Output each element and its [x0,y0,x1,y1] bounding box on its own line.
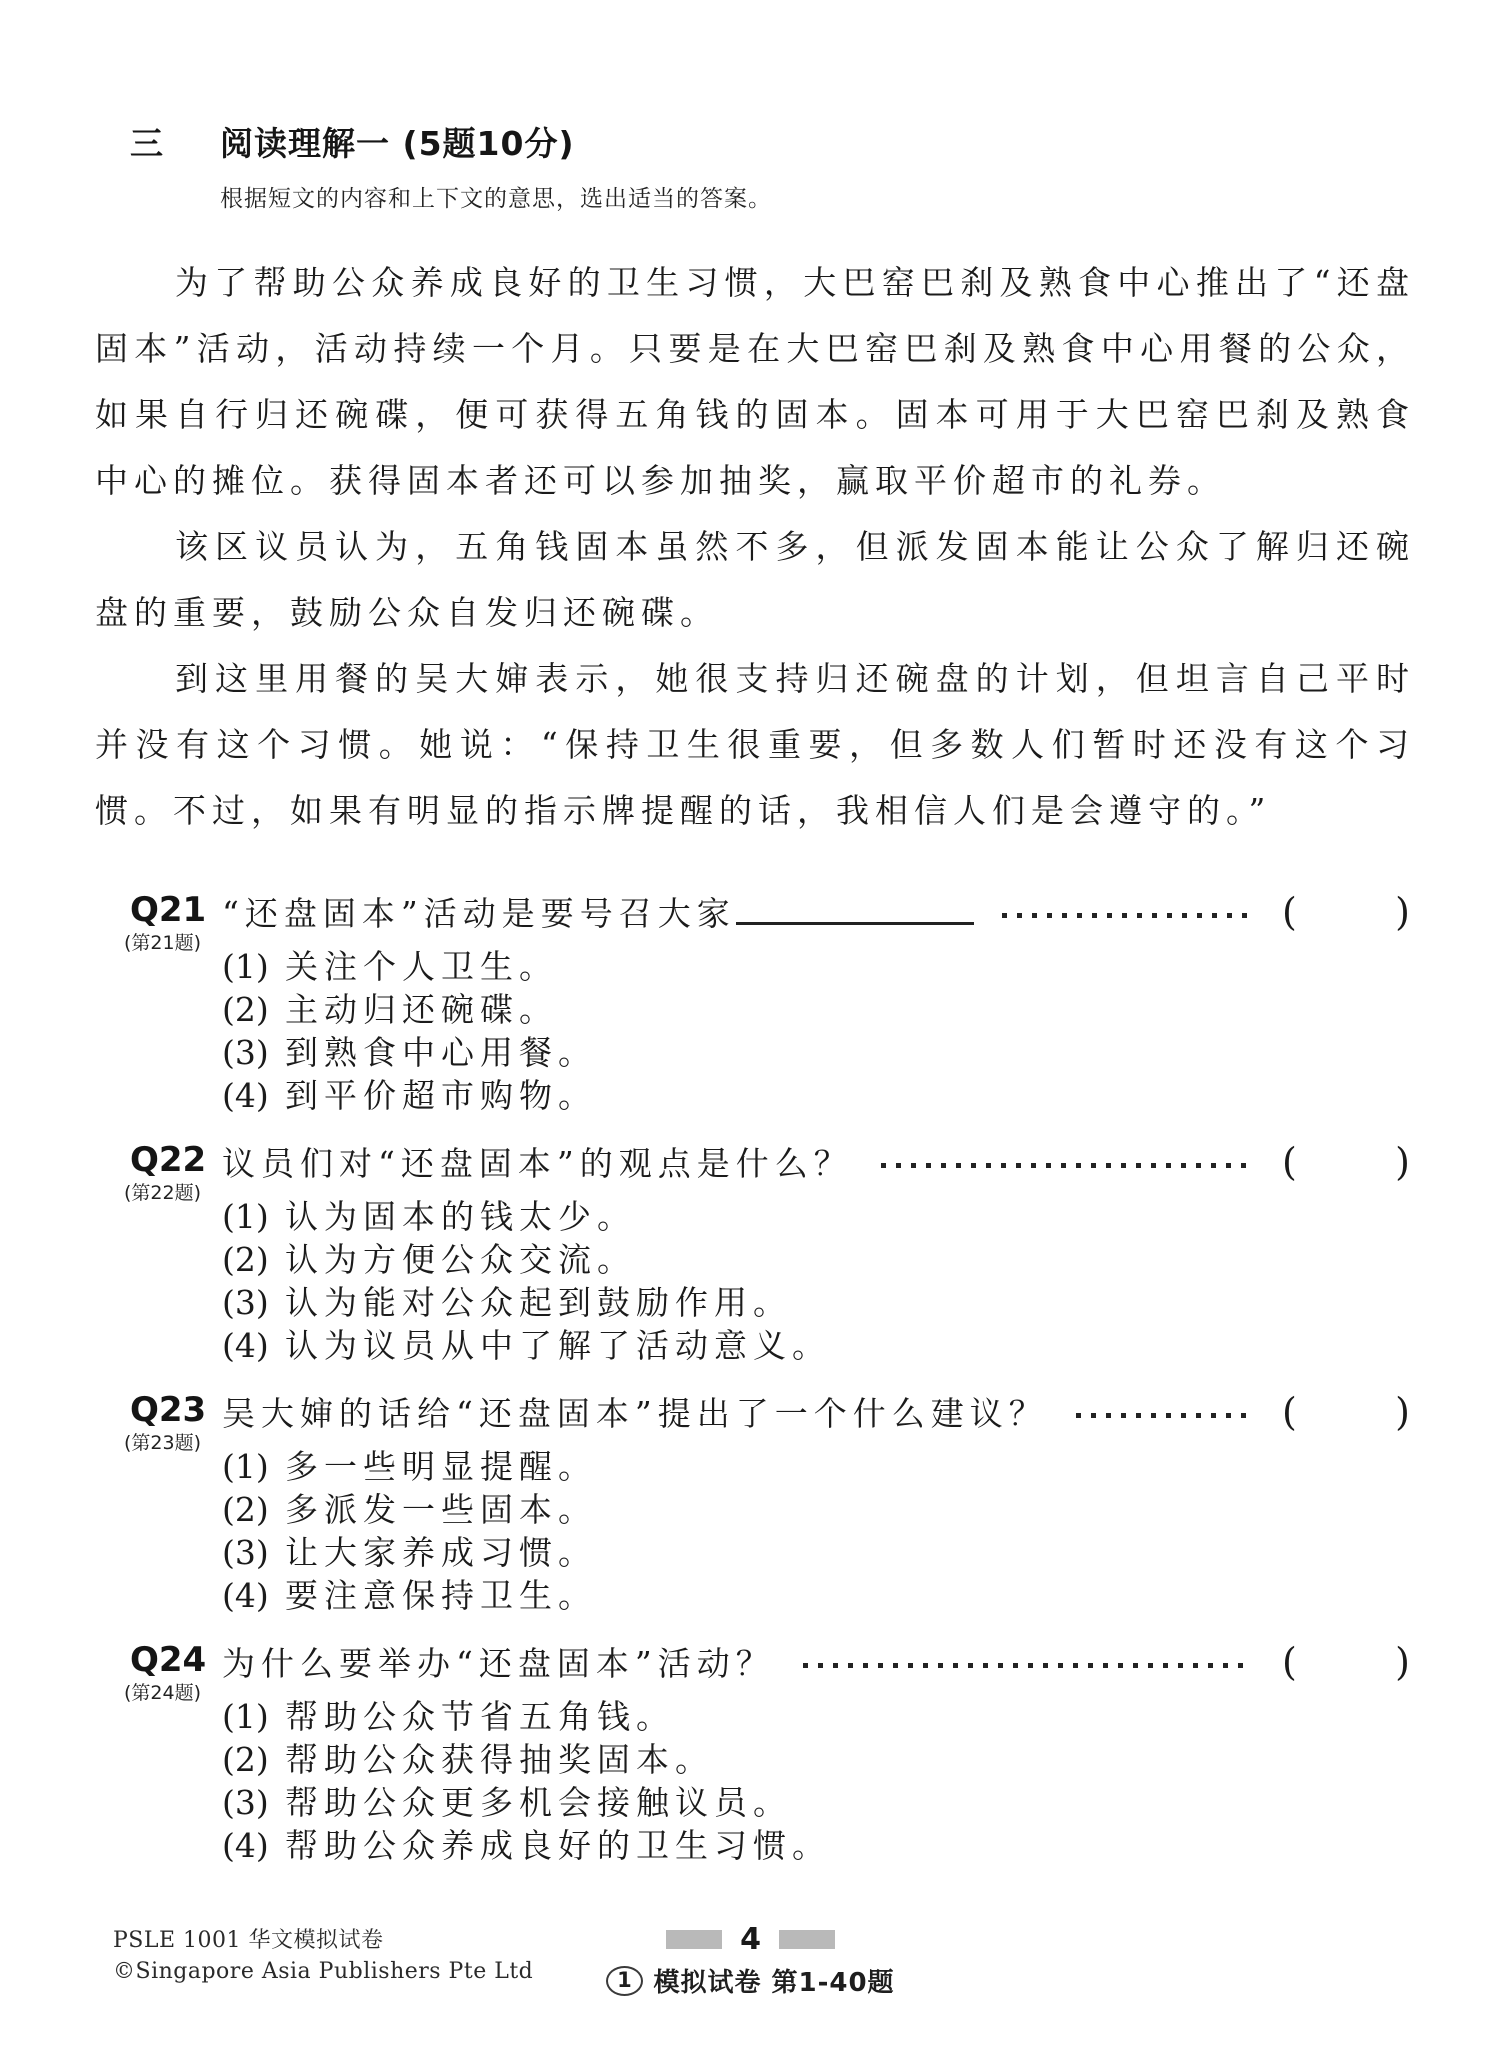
question-sub-number: (第24题) [124,1682,222,1704]
dotted-leader [1076,1413,1252,1418]
footer-page-block: 4 1 模拟试卷 第1-40题 [0,1922,1501,1999]
option-number: (3) [222,1531,285,1574]
question-text: “还盘固本”活动是要号召大家 [222,890,736,938]
option-3: (3)让大家养成习惯。 [222,1531,1410,1574]
booklet-number-badge: 1 [606,1966,643,1996]
section-instruction: 根据短文的内容和上下文的意思，选出适当的答案。 [220,180,772,213]
option-list: (1)帮助公众节省五角钱。 (2)帮助公众获得抽奖固本。 (3)帮助公众更多机会… [222,1695,1410,1867]
option-number: (4) [222,1574,285,1617]
option-text: 帮助公众养成良好的卫生习惯。 [285,1824,831,1867]
dotted-leader [1002,913,1252,918]
question-sub-number: (第21题) [124,932,222,954]
question-number: Q22 [130,1138,222,1182]
option-2: (2)认为方便公众交流。 [222,1238,1410,1281]
page-number-bar-right [779,1930,835,1949]
option-text: 认为能对公众起到鼓励作用。 [285,1281,792,1324]
question-stem: 议员们对“还盘固本”的观点是什么？ ( ) [222,1138,1410,1188]
option-text: 帮助公众节省五角钱。 [285,1695,675,1738]
answer-parentheses: ( ) [1282,1138,1410,1186]
dotted-leader [803,1663,1252,1668]
answer-parentheses: ( ) [1282,1638,1410,1686]
option-text: 多一些明显提醒。 [285,1445,597,1488]
option-1: (1)帮助公众节省五角钱。 [222,1695,1410,1738]
exam-page: 三 阅读理解一 (5题10分) 根据短文的内容和上下文的意思，选出适当的答案。 … [0,0,1501,2050]
option-list: (1)认为固本的钱太少。 (2)认为方便公众交流。 (3)认为能对公众起到鼓励作… [222,1195,1410,1367]
question-number: Q24 [130,1638,222,1682]
dotted-leader [881,1163,1252,1168]
option-text: 让大家养成习惯。 [285,1531,597,1574]
option-3: (3)认为能对公众起到鼓励作用。 [222,1281,1410,1324]
option-4: (4)认为议员从中了解了活动意义。 [222,1324,1410,1367]
option-number: (1) [222,945,285,988]
option-number: (2) [222,1738,285,1781]
section-number: 三 [130,118,220,165]
page-number-row: 4 [666,1922,835,1957]
question-text: 吴大婶的话给“还盘固本”提出了一个什么建议？ [222,1390,1048,1438]
option-text: 帮助公众获得抽奖固本。 [285,1738,714,1781]
option-1: (1)多一些明显提醒。 [222,1445,1410,1488]
paren-close: ) [1395,1138,1410,1186]
option-text: 到熟食中心用餐。 [285,1031,597,1074]
option-number: (2) [222,988,285,1031]
option-list: (1)多一些明显提醒。 (2)多派发一些固本。 (3)让大家养成习惯。 (4)要… [222,1445,1410,1617]
booklet-row: 1 模拟试卷 第1-40题 [606,1962,894,1999]
option-text: 关注个人卫生。 [285,945,558,988]
page-number: 4 [740,1922,761,1957]
answer-parentheses: ( ) [1282,888,1410,936]
section-title: 阅读理解一 (5题10分) [220,118,575,165]
answer-parentheses: ( ) [1282,1388,1410,1436]
option-4: (4)帮助公众养成良好的卫生习惯。 [222,1824,1410,1867]
option-number: (3) [222,1031,285,1074]
option-2: (2)多派发一些固本。 [222,1488,1410,1531]
question-label-column: Q21 (第21题) [130,888,222,954]
question-q24: Q24 (第24题) 为什么要举办“还盘固本”活动？ ( ) (1)帮助公众节省… [130,1638,1410,1888]
option-number: (1) [222,1195,285,1238]
option-number: (1) [222,1445,285,1488]
question-q22: Q22 (第22题) 议员们对“还盘固本”的观点是什么？ ( ) (1)认为固本… [130,1138,1410,1388]
option-text: 主动归还碗碟。 [285,988,558,1031]
question-label-column: Q22 (第22题) [130,1138,222,1204]
question-q21: Q21 (第21题) “还盘固本”活动是要号召大家 ( ) (1)关注个人卫生。… [130,888,1410,1138]
option-text: 要注意保持卫生。 [285,1574,597,1617]
question-number: Q23 [130,1388,222,1432]
paren-open: ( [1282,1138,1297,1186]
option-text: 认为固本的钱太少。 [285,1195,636,1238]
option-number: (1) [222,1695,285,1738]
option-number: (2) [222,1238,285,1281]
question-number: Q21 [130,888,222,932]
question-sub-number: (第23题) [124,1432,222,1454]
question-stem: 为什么要举办“还盘固本”活动？ ( ) [222,1638,1410,1688]
paren-open: ( [1282,1638,1297,1686]
paren-close: ) [1395,888,1410,936]
passage-paragraph: 该区议员认为，五角钱固本虽然不多，但派发固本能让公众了解归还碗盘的重要，鼓励公众… [95,514,1415,646]
option-3: (3)到熟食中心用餐。 [222,1031,1410,1074]
option-number: (3) [222,1281,285,1324]
option-1: (1)关注个人卫生。 [222,945,1410,988]
paren-close: ) [1395,1388,1410,1436]
booklet-label: 模拟试卷 第1-40题 [653,1962,894,1999]
question-label-column: Q24 (第24题) [130,1638,222,1704]
question-q23: Q23 (第23题) 吴大婶的话给“还盘固本”提出了一个什么建议？ ( ) (1… [130,1388,1410,1638]
question-list: Q21 (第21题) “还盘固本”活动是要号召大家 ( ) (1)关注个人卫生。… [130,888,1410,1888]
passage-paragraph: 为了帮助公众养成良好的卫生习惯，大巴窑巴刹及熟食中心推出了“还盘固本”活动，活动… [95,250,1415,514]
option-4: (4)到平价超市购物。 [222,1074,1410,1117]
paren-close: ) [1395,1638,1410,1686]
question-stem: “还盘固本”活动是要号召大家 ( ) [222,888,1410,938]
option-text: 帮助公众更多机会接触议员。 [285,1781,792,1824]
option-list: (1)关注个人卫生。 (2)主动归还碗碟。 (3)到熟食中心用餐。 (4)到平价… [222,945,1410,1117]
page-number-bar-left [666,1930,722,1949]
option-number: (4) [222,1324,285,1367]
option-number: (3) [222,1781,285,1824]
option-number: (4) [222,1824,285,1867]
option-text: 到平价超市购物。 [285,1074,597,1117]
reading-passage: 为了帮助公众养成良好的卫生习惯，大巴窑巴刹及熟食中心推出了“还盘固本”活动，活动… [95,250,1415,844]
question-stem: 吴大婶的话给“还盘固本”提出了一个什么建议？ ( ) [222,1388,1410,1438]
paren-open: ( [1282,888,1297,936]
paren-open: ( [1282,1388,1297,1436]
answer-blank [736,922,974,925]
passage-paragraph: 到这里用餐的吴大婶表示，她很支持归还碗盘的计划，但坦言自己平时并没有这个习惯。她… [95,646,1415,844]
question-text: 为什么要举办“还盘固本”活动？ [222,1640,775,1688]
question-sub-number: (第22题) [124,1182,222,1204]
section-header: 三 阅读理解一 (5题10分) [130,118,575,165]
option-text: 多派发一些固本。 [285,1488,597,1531]
question-label-column: Q23 (第23题) [130,1388,222,1454]
option-number: (2) [222,1488,285,1531]
option-2: (2)帮助公众获得抽奖固本。 [222,1738,1410,1781]
option-1: (1)认为固本的钱太少。 [222,1195,1410,1238]
question-text: 议员们对“还盘固本”的观点是什么？ [222,1140,853,1188]
option-text: 认为议员从中了解了活动意义。 [285,1324,831,1367]
option-3: (3)帮助公众更多机会接触议员。 [222,1781,1410,1824]
option-2: (2)主动归还碗碟。 [222,988,1410,1031]
option-text: 认为方便公众交流。 [285,1238,636,1281]
option-4: (4)要注意保持卫生。 [222,1574,1410,1617]
option-number: (4) [222,1074,285,1117]
